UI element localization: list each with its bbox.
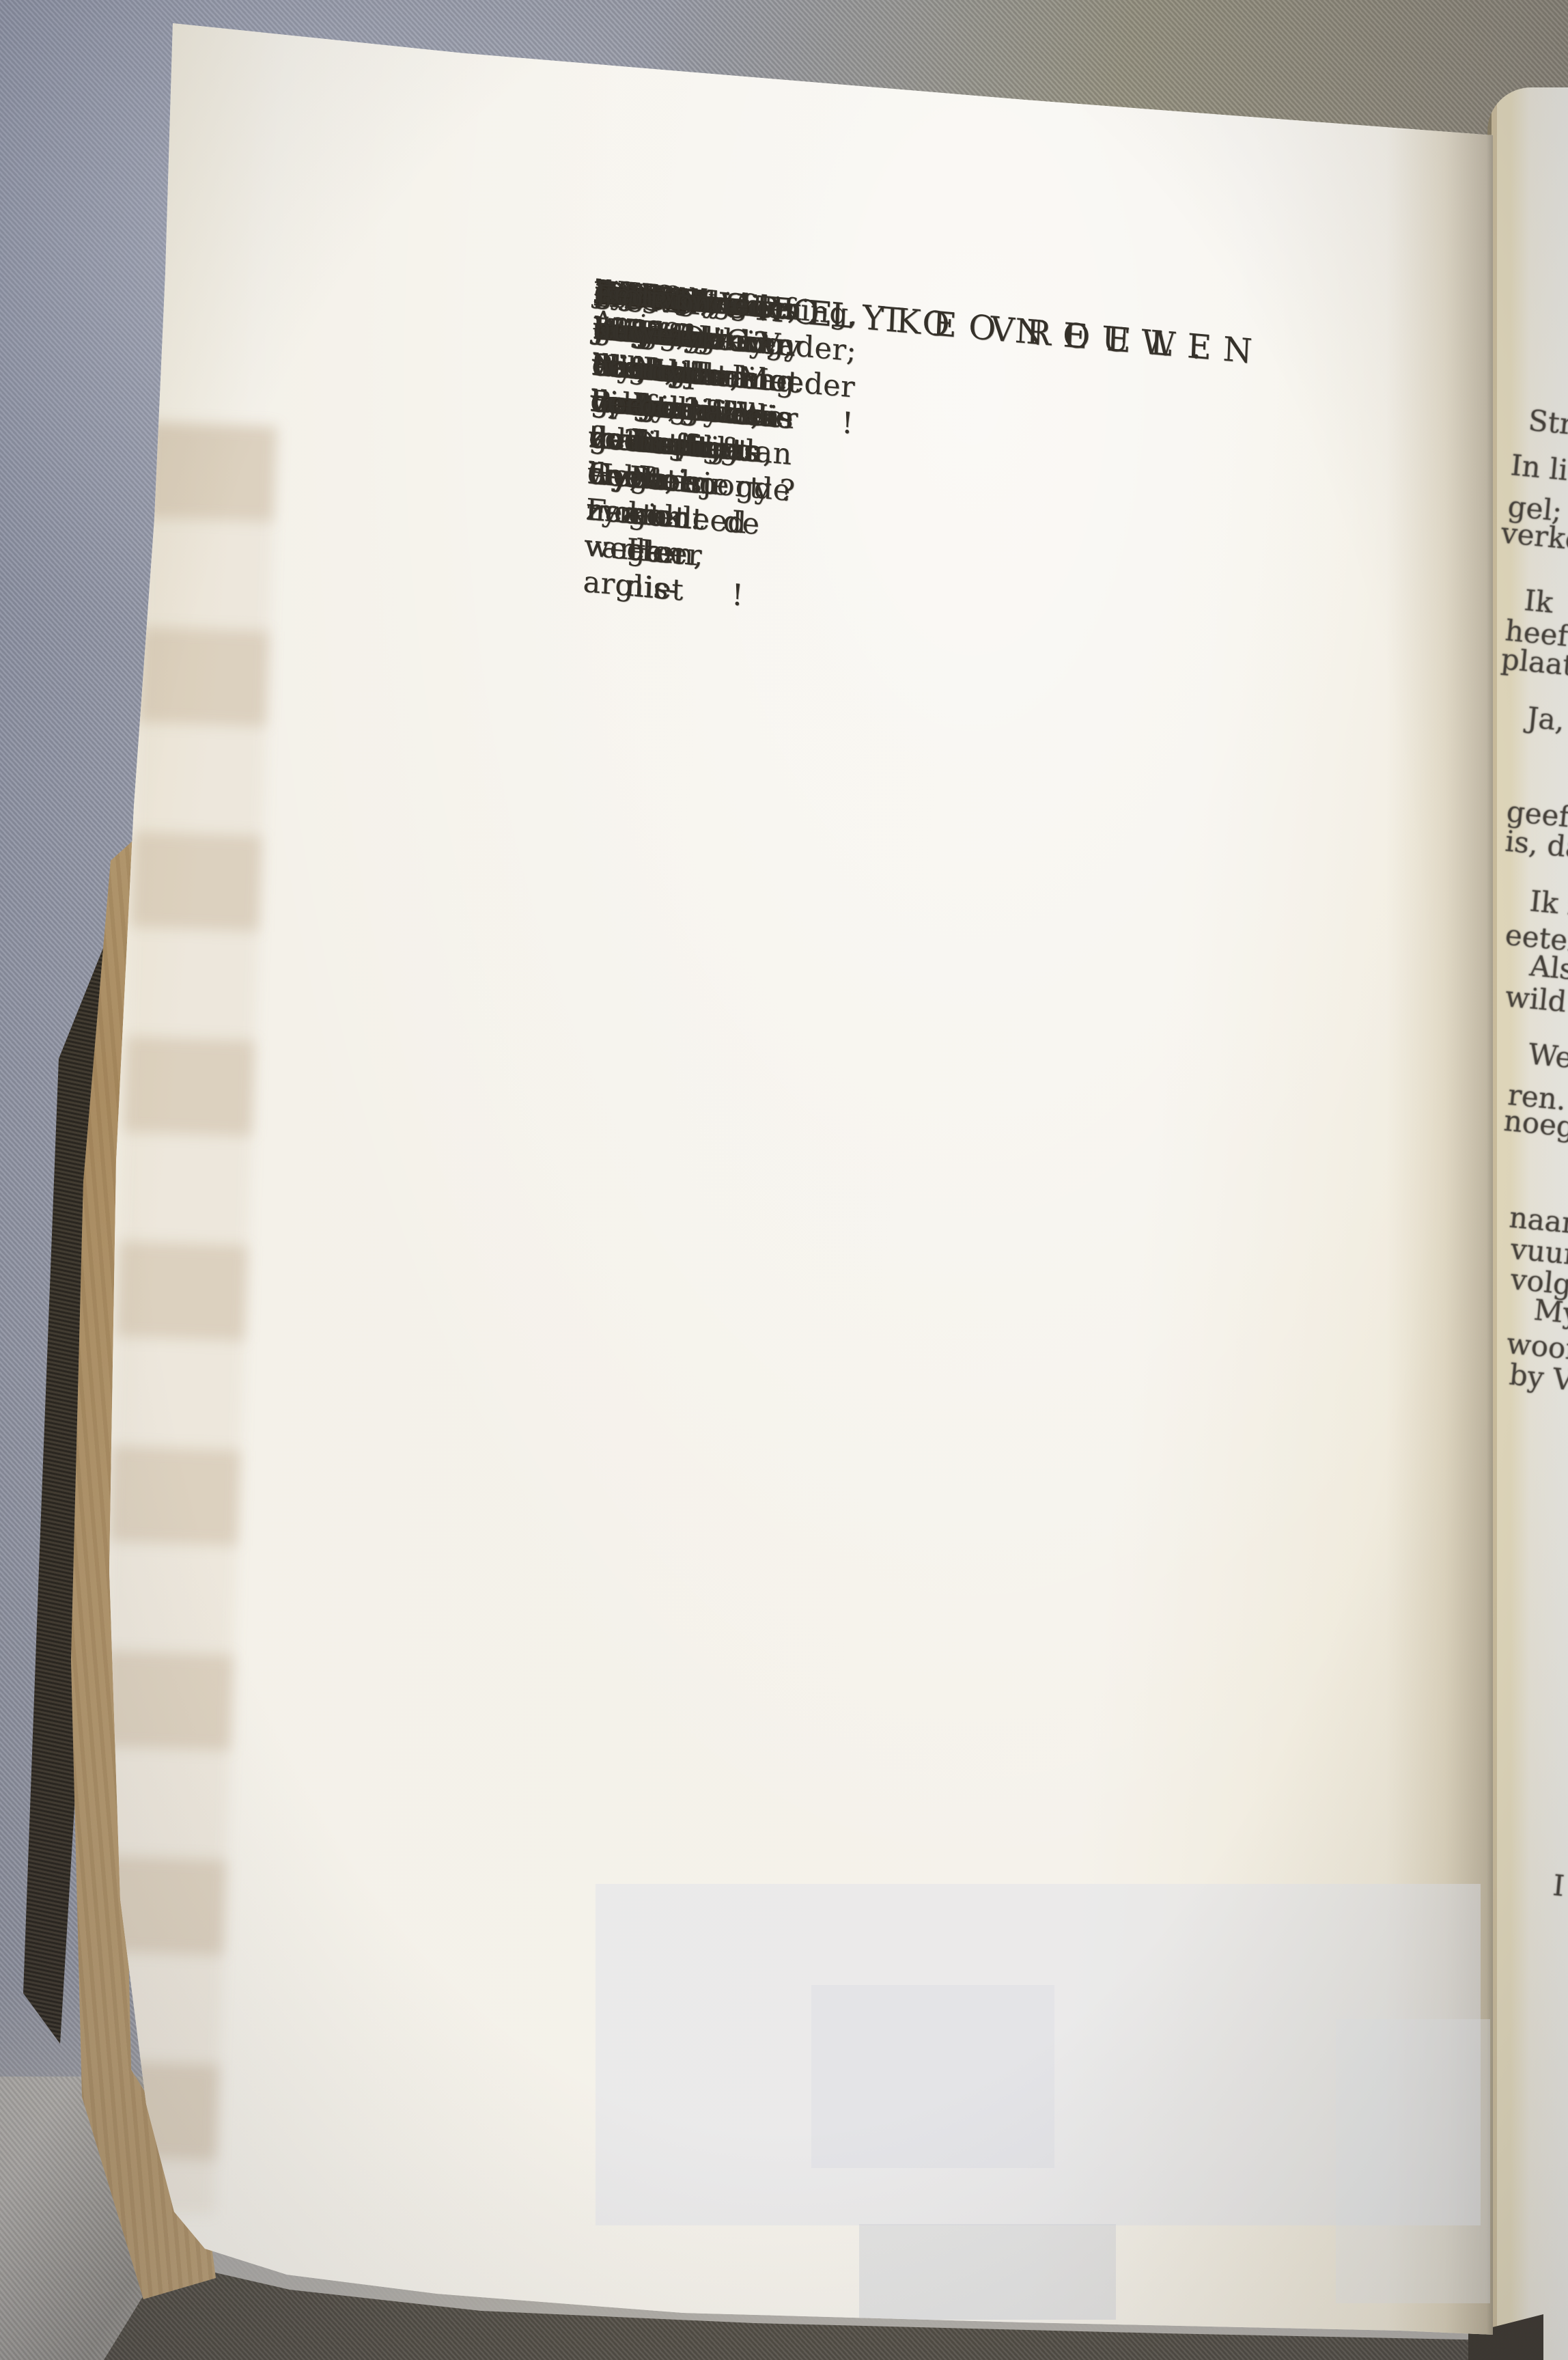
- smudge-patch: [1336, 2019, 1490, 2303]
- facing-text-fragment: Ik z: [1528, 884, 1568, 922]
- book-page: 448 DE VROLYKE VROUWEN AGTSTE TOONEEL. K…: [0, 0, 1568, 2360]
- smudge-patch: [811, 1985, 1054, 2168]
- facing-text-fragment: Ja,: [1526, 700, 1567, 737]
- facing-text-fragment: Wei: [1527, 1037, 1568, 1075]
- facing-text-fragment: My: [1532, 1293, 1568, 1331]
- facing-text-fragment: Stra: [1527, 404, 1568, 443]
- smudge-patch: [859, 2224, 1116, 2320]
- facing-text-fragment: by V: [1508, 1358, 1568, 1398]
- facing-text-fragment: Ik: [1523, 583, 1555, 620]
- facing-text-fragment: Als: [1528, 949, 1568, 986]
- photo-of-open-book: StraIn liefgel;verkooIkheeft,plaatsJa,ge…: [0, 0, 1568, 2360]
